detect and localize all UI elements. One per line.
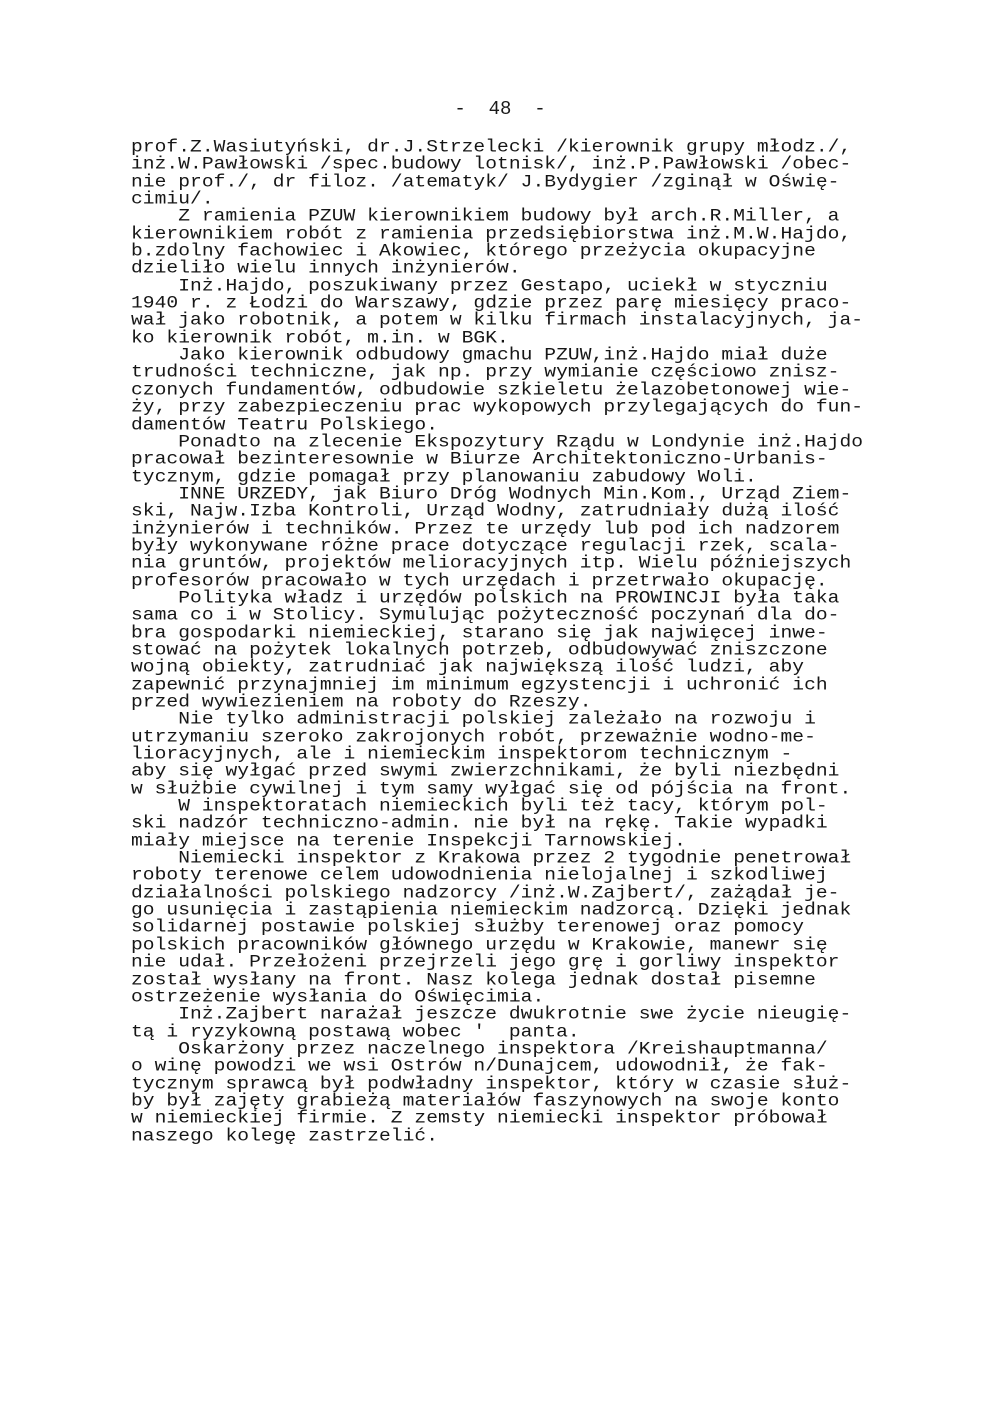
text-line: ko kierownik robót, m.in. w BGK. — [131, 331, 863, 347]
text-line: trudności techniczne, jak np. przy wymia… — [131, 366, 863, 382]
text-line: w niemieckiej firmie. Z zemsty niemiecki… — [131, 1111, 863, 1127]
text-line: prof.Z.Wasiutyński, dr.J.Strzelecki /kie… — [131, 140, 863, 156]
text-line: Polityka władz i urzędów polskich na PRO… — [131, 591, 863, 607]
text-line: ski, Najw.Izba Kontroli, Urząd Wodny, za… — [131, 504, 863, 520]
text-line: działalności polskiego nadzorcy /inż.W.Z… — [131, 886, 863, 902]
text-line: utrzymaniu szeroko zakrojonych robót, pr… — [131, 730, 863, 746]
text-line: profesorów pracowało w tych urzędach i p… — [131, 574, 863, 590]
text-line: w służbie cywilnej i tym samy wyłgać się… — [131, 782, 863, 798]
text-line: tycznym, gdzie pomagał przy planowaniu z… — [131, 470, 863, 486]
text-line: cimiu/. — [131, 192, 863, 208]
text-line: polskich pracowników głównego urzędu w K… — [131, 938, 863, 954]
text-line: roboty terenowe celem udowodnienia nielo… — [131, 868, 863, 884]
text-line: Inż.Hajdo, poszukiwany przez Gestapo, uc… — [131, 279, 863, 295]
text-line: ostrzeżenie wysłania do Oświęcimia. — [131, 990, 863, 1006]
text-line: pracował bezinteresownie w Biurze Archit… — [131, 452, 863, 468]
text-line: solidarnej postawie polskiej służby tere… — [131, 921, 863, 937]
text-line: sama co i w Stolicy. Symulując pożyteczn… — [131, 608, 863, 624]
text-line: damentów Teatru Polskiego. — [131, 418, 863, 434]
text-line: Oskarżony przez naczelnego inspektora /K… — [131, 1042, 863, 1058]
text-line: kierownikiem robót z ramienia przedsiębi… — [131, 227, 863, 243]
text-line: czonych fundamentów, odbudowie szkieletu… — [131, 383, 863, 399]
page-number: - 48 - — [0, 98, 1000, 120]
text-line: stować na pożytek lokalnych potrzeb, odb… — [131, 643, 863, 659]
text-line: były wykonywane różne prace dotyczące re… — [131, 539, 863, 555]
text-line: nia gruntów, projektów melioracyjnych it… — [131, 556, 863, 572]
text-line: został wysłany na front. Nasz kolega jed… — [131, 973, 863, 989]
text-line: ży, przy zabezpieczeniu prac wykopowych … — [131, 400, 863, 416]
text-line: naszego kolegę zastrzelić. — [131, 1129, 863, 1145]
text-line: inż.W.Pawłowski /spec.budowy lotnisk/, i… — [131, 157, 863, 173]
text-line: INNE URZEDY, jak Biuro Dróg Wodnych Min.… — [131, 487, 863, 503]
text-line: tycznym sprawcą był podwładny inspektor,… — [131, 1077, 863, 1093]
text-line: bra gospodarki niemieckiej, starano się … — [131, 626, 863, 642]
text-line: Ponadto na zlecenie Ekspozytury Rządu w … — [131, 435, 863, 451]
text-line: o winę powodzi we wsi Ostrów n/Dunajcem,… — [131, 1059, 863, 1075]
text-line: dzieliło wielu innych inżynierów. — [131, 261, 863, 277]
text-line: tą i ryzykowną postawą wobec ′ panta. — [131, 1025, 863, 1041]
text-line: Inż.Zajbert narażał jeszcze dwukrotnie s… — [131, 1007, 863, 1023]
text-line: nie prof./, dr filoz. /atematyk/ J.Bydyg… — [131, 175, 863, 191]
text-line: Z ramienia PZUW kierownikiem budowy był … — [131, 209, 863, 225]
text-line: Nie tylko administracji polskiej zależał… — [131, 712, 863, 728]
text-line: wał jako robotnik, a potem w kilku firma… — [131, 313, 863, 329]
document-body: prof.Z.Wasiutyński, dr.J.Strzelecki /kie… — [131, 139, 863, 1145]
text-line: przed wywiezieniem na roboty do Rzeszy. — [131, 695, 863, 711]
text-line: nie udał. Przełożeni przejrzeli jego grę… — [131, 955, 863, 971]
text-line: by był zajęty grabieżą materiałów faszyn… — [131, 1094, 863, 1110]
text-line: wojną obiekty, zatrudniać jak największą… — [131, 660, 863, 676]
text-line: ski nadzór techniczno-admin. nie był na … — [131, 816, 863, 832]
text-line: aby się wyłgać przed swymi zwierzchnikam… — [131, 764, 863, 780]
text-line: miały miejsce na terenie Inspekcji Tarno… — [131, 834, 863, 850]
text-line: lioracyjnych, ale i niemieckim inspektor… — [131, 747, 863, 763]
text-line: inżynierów i techników. Przez te urzędy … — [131, 522, 863, 538]
text-line: zapewnić przynajmniej im minimum egzyste… — [131, 678, 863, 694]
